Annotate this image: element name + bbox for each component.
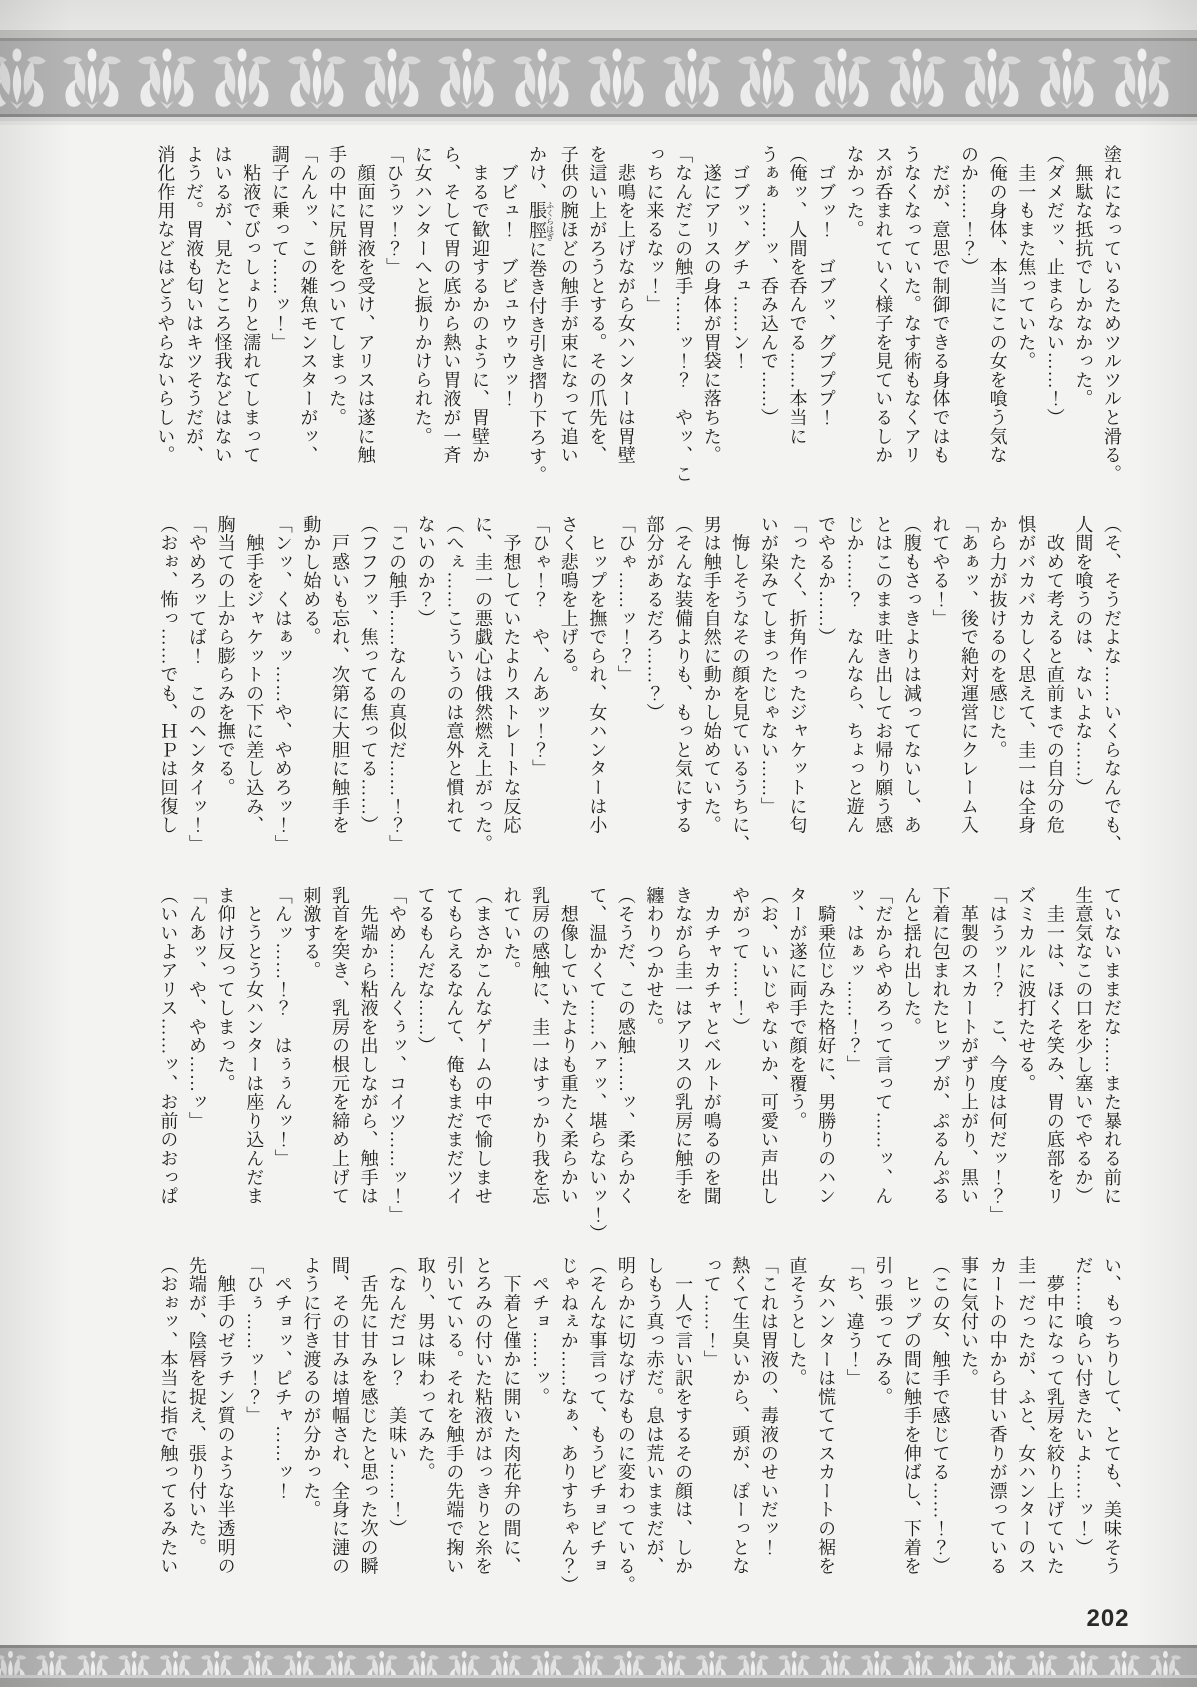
text-row-2: （そ、そうだよな……いくらなんでも、人間を喰うのは、ないよな……） 改めて考える… — [148, 515, 1126, 860]
text-line: 一人で言い訳をするその顔は、しか — [669, 1256, 698, 1601]
text-line: っちに来るなッ！」 — [640, 145, 669, 490]
text-line: まるで歓迎するかのように、胃壁か — [465, 145, 494, 490]
text-line: ゴブッ、グチュ……ン！ — [726, 145, 755, 490]
text-line: ヒップの間に触手を伸ばし、下着を — [897, 1256, 926, 1601]
text-line: 触手をジャケットの下に差し込み、 — [240, 515, 269, 860]
text-line: ゴブッ！ ゴブッ、グプププ！ — [811, 145, 840, 490]
text-line: かけ、脹脛ふくらはぎに巻き付き引き摺り下ろす。 — [523, 145, 555, 490]
text-line: 「んあッ、や、やめ……ッ」 — [182, 886, 211, 1231]
text-line: 女ハンターは慌ててスカートの裾を — [811, 1256, 840, 1601]
text-line: 明らかに切なげなものに変わっている。 — [611, 1256, 640, 1601]
text-line: 改めて考えると直前までの自分の危 — [1040, 515, 1069, 860]
text-line: 纏わりつかせた。 — [640, 886, 669, 1231]
text-line: カチャカチャとベルトが鳴るのを聞 — [697, 886, 726, 1231]
text-line: 顔面に胃液を受け、アリスは遂に触 — [351, 145, 380, 490]
text-line: （この女、触手で感じてる……！？） — [926, 1256, 955, 1601]
text-line: とうとう女ハンターは座り込んだま — [240, 886, 269, 1231]
text-line: 乳房の感触に、圭一はすっかり我を忘 — [526, 886, 555, 1231]
text-line: れていた。 — [497, 886, 526, 1231]
text-line: （おぉ、怖っ……でも、ＨＰは回復し — [154, 515, 183, 860]
text-line: てるもんだな……） — [411, 886, 440, 1231]
text-line: 「ったく、折角作ったジャケットに匂 — [783, 515, 812, 860]
text-line: 引いている。それを触手の先端で掬い — [440, 1256, 469, 1601]
text-line: 「んんッ、この雑魚モンスターがッ、 — [294, 145, 323, 490]
text-line: ペチョ……ッ。 — [526, 1256, 555, 1601]
text-line: ブビュ！ ブビュウゥウッ！ — [494, 145, 523, 490]
text-line: 悲鳴を上げながら女ハンターは胃壁 — [611, 145, 640, 490]
text-line: （なんだコレ？ 美味い……！） — [383, 1256, 412, 1601]
text-line: 「あぁッ、後で絶対運営にクレーム入 — [954, 515, 983, 860]
text-line: でやるか……） — [811, 515, 840, 860]
text-line: ペチョッ、ピチャ……ッ！ — [268, 1256, 297, 1601]
text-line: 事に気付いた。 — [954, 1256, 983, 1601]
text-row-4: い、もっちりして、とても、美味そうだ……喰らい付きたいよ……ッ！） 夢中になって… — [148, 1256, 1126, 1601]
text-line: じか……？ なんなら、ちょっと遊ん — [840, 515, 869, 860]
text-line: しもう真っ赤だ。息は荒いままだが、 — [640, 1256, 669, 1601]
text-line: （おぉッ、本当に指で触ってるみたい — [154, 1256, 183, 1601]
text-line: 先端が、陰唇を捉え、張り付いた。 — [182, 1256, 211, 1601]
text-line: てもらえるなんて、俺もまだまだツイ — [440, 886, 469, 1231]
text-line: （腹もさっきよりは減ってないし、あ — [897, 515, 926, 860]
text-line: 「これは胃液の、毒液のせいだッ！ — [754, 1256, 783, 1601]
text-line: 「やめろッてば！ このヘンタイッ！」 — [182, 515, 211, 860]
text-line: ターが遂に両手で顔を覆う。 — [783, 886, 812, 1231]
text-line: （そんな装備よりも、もっと気にする — [669, 515, 698, 860]
text-line: 手の中に尻餅をついてしまった。 — [322, 145, 351, 490]
text-line: きながら圭一はアリスの乳房に触手を — [669, 886, 698, 1231]
text-line: うぁぁ……ッ、呑み込んで……） — [754, 145, 783, 490]
text-line: 直そうとした。 — [783, 1256, 812, 1601]
text-line: 胸当ての上から膨らみを撫でる。 — [211, 515, 240, 860]
text-line: やがって……！） — [726, 886, 755, 1231]
text-line: 「ひゃ！？ や、んあッ！？」 — [526, 515, 555, 860]
text-line: 熱くて生臭いから、頭が、ぽーっとな — [726, 1256, 755, 1601]
page-number: 202 — [1078, 1605, 1138, 1633]
text-line: うなくなっていた。なす術もなくアリ — [897, 145, 926, 490]
text-line: 先端から粘液を出しながら、触手は — [354, 886, 383, 1231]
text-line: て、温かくて……ハァッ、堪らないッ！） — [583, 886, 612, 1231]
text-line: 圭一もまた焦っていた。 — [1012, 145, 1041, 490]
text-line: 男は触手を自然に動かし始めていた。 — [697, 515, 726, 860]
text-line: （そ、そうだよな……いくらなんでも、 — [1097, 515, 1126, 860]
text-line: 塗れになっているためツルツルと滑る。 — [1097, 145, 1126, 490]
text-line: 圭一は、ほくそ笑み、胃の底部をリ — [1040, 886, 1069, 1231]
text-line: に女ハンターへと振りかけられた。 — [408, 145, 437, 490]
text-line: 刺激する。 — [297, 886, 326, 1231]
text-line: 「んッ……！？ はぅぅんッ！」 — [268, 886, 297, 1231]
text-line: ら、そして胃の底から熱い胃液が一斉 — [437, 145, 466, 490]
text-line: カートの中から甘い香りが漂っている — [983, 1256, 1012, 1601]
text-line: 「なんだこの触手……ッ！？ やッ、こ — [669, 145, 698, 490]
text-line: 「ひぅ……ッ！？」 — [240, 1256, 269, 1601]
text-line: 想像していたよりも重たく柔らかい — [554, 886, 583, 1231]
text-line: とはこのまま吐き出してお帰り願う感 — [869, 515, 898, 860]
text-line: 惧がバカバカしく思えて、圭一は全身 — [1012, 515, 1041, 860]
text-line: ように行き渡るのが分かった。 — [297, 1256, 326, 1601]
text-line: 革製のスカートがずり上がり、黒い — [954, 886, 983, 1231]
text-line: 動かし始める。 — [297, 515, 326, 860]
text-line: ていないままだな……また暴れる前に — [1097, 886, 1126, 1231]
text-line: 「やめ……んくぅッ、コイツ……ッ！」 — [383, 886, 412, 1231]
text-line: 予想していたよりストレートな反応 — [497, 515, 526, 860]
text-line: （いいよアリス……ッ、お前のおっぱ — [154, 886, 183, 1231]
text-line: 圭一だったが、ふと、女ハンターのス — [1012, 1256, 1041, 1601]
text-line: じゃねぇか……なぁ、ありすちゃん？） — [554, 1256, 583, 1601]
book-page: 塗れになっているためツルツルと滑る。 無駄な抵抗でしかなかった。（ダメだッ、止ま… — [0, 0, 1197, 1687]
text-line: （俺ッ、人間を呑んでる……本当に — [783, 145, 812, 490]
text-line: （そうだ、この感触……ッ、柔らかく — [611, 886, 640, 1231]
text-line: （お、いいじゃないか、可愛い声出し — [754, 886, 783, 1231]
text-line: 「ひゃ……ッ！？」 — [611, 515, 640, 860]
text-line: （ダメだッ、止まらない……！） — [1040, 145, 1069, 490]
text-line: 「ひうッ！？」 — [380, 145, 409, 490]
text-line: 取り、男は味わってみた。 — [411, 1256, 440, 1601]
text-line: 生意気なこの口を少し塞いでやるか） — [1069, 886, 1098, 1231]
text-line: 部分があるだろ……？） — [640, 515, 669, 860]
text-line: なかった。 — [840, 145, 869, 490]
text-line: 下着に包まれたヒップが、ぷるんぷる — [926, 886, 955, 1231]
text-line: 戸惑いも忘れ、次第に大胆に触手を — [325, 515, 354, 860]
text-line: って……！」 — [697, 1256, 726, 1601]
text-line: れてやる！」 — [926, 515, 955, 860]
text-line: 騎乗位じみた格好に、男勝りのハン — [811, 886, 840, 1231]
text-line: いが染みてしまったじゃない……」 — [754, 515, 783, 860]
text-line: を這い上がろうとする。その爪先を、 — [583, 145, 612, 490]
text-row-1: 塗れになっているためツルツルと滑る。 無駄な抵抗でしかなかった。（ダメだッ、止ま… — [148, 145, 1126, 490]
text-line: ようだ。胃液も匂いはキツそうだが、 — [179, 145, 208, 490]
text-line: ないのか？） — [411, 515, 440, 860]
text-row-3: ていないままだな……また暴れる前に生意気なこの口を少し塞いでやるか） 圭一は、ほ… — [148, 886, 1126, 1231]
text-line: （へぇ……こういうのは意外と慣れて — [440, 515, 469, 860]
text-line: だ……喰らい付きたいよ……ッ！） — [1069, 1256, 1098, 1601]
text-line: とろみの付いた粘液がはっきりと糸を — [468, 1256, 497, 1601]
text-line: 乳首を突き、乳房の根元を締め上げて — [325, 886, 354, 1231]
text-line: 「だからやめろって言って……ッ、ん — [869, 886, 898, 1231]
text-line: 舌先に甘みを感じたと思った次の瞬 — [354, 1256, 383, 1601]
text-line: に、圭一の悪戯心は俄然燃え上がった。 — [468, 515, 497, 860]
text-line: 「はうッ！？ こ、今度は何だッ！？」 — [983, 886, 1012, 1231]
text-line: （まさかこんなゲームの中で愉しませ — [468, 886, 497, 1231]
text-line: 消化作用などはどうやらないらしい。 — [151, 145, 180, 490]
text-line: 下着と僅かに開いた肉花弁の間に、 — [497, 1256, 526, 1601]
text-line: 人間を喰うのは、ないよな……） — [1069, 515, 1098, 860]
text-line: んと揺れ出した。 — [897, 886, 926, 1231]
text-line: だが、意思で制御できる身体ではも — [926, 145, 955, 490]
text-line: 悔しそうなその顔を見ているうちに、 — [726, 515, 755, 860]
text-line: （俺の身体、本当にこの女を喰う気な — [983, 145, 1012, 490]
text-line: 無駄な抵抗でしかなかった。 — [1069, 145, 1098, 490]
text-line: 「ち、違う！」 — [840, 1256, 869, 1601]
text-line: 夢中になって乳房を絞り上げていた — [1040, 1256, 1069, 1601]
text-line: 間、その甘みは増幅され、全身に漣の — [325, 1256, 354, 1601]
text-line: ま仰け反ってしまった。 — [211, 886, 240, 1231]
text-line: 「ンッ、くはぁッ……や、やめろッ！」 — [268, 515, 297, 860]
text-line: から力が抜けるのを感じた。 — [983, 515, 1012, 860]
text-line: 引っ張ってみる。 — [869, 1256, 898, 1601]
text-line: 「この触手……なんの真似だ……！？」 — [383, 515, 412, 860]
text-line: 子供の腕ほどの触手が束になって追い — [554, 145, 583, 490]
text-line: 粘液でびっしょりと濡れてしまって — [237, 145, 266, 490]
text-line: 触手のゼラチン質のような半透明の — [211, 1256, 240, 1601]
text-line: さく悲鳴を上げる。 — [554, 515, 583, 860]
text-line: 遂にアリスの身体が胃袋に落ちた。 — [697, 145, 726, 490]
text-line: ッ、はぁッ……！？」 — [840, 886, 869, 1231]
text-line: 調子に乗って……ッ！」 — [265, 145, 294, 490]
text-line: ヒップを撫でられ、女ハンターは小 — [583, 515, 612, 860]
text-line: ズミカルに波打たせる。 — [1012, 886, 1041, 1231]
text-line: はいるが、見たところ怪我などはない — [208, 145, 237, 490]
text-line: （そんな事言って、もうビチョビチョ — [583, 1256, 612, 1601]
text-line: （フフフッ、焦ってる焦ってる……） — [354, 515, 383, 860]
text-line: のか……！？） — [954, 145, 983, 490]
text-line: い、もっちりして、とても、美味そう — [1097, 1256, 1126, 1601]
page-text: 塗れになっているためツルツルと滑る。 無駄な抵抗でしかなかった。（ダメだッ、止ま… — [0, 0, 1197, 1687]
text-line: スが呑まれていく様子を見ているしか — [869, 145, 898, 490]
